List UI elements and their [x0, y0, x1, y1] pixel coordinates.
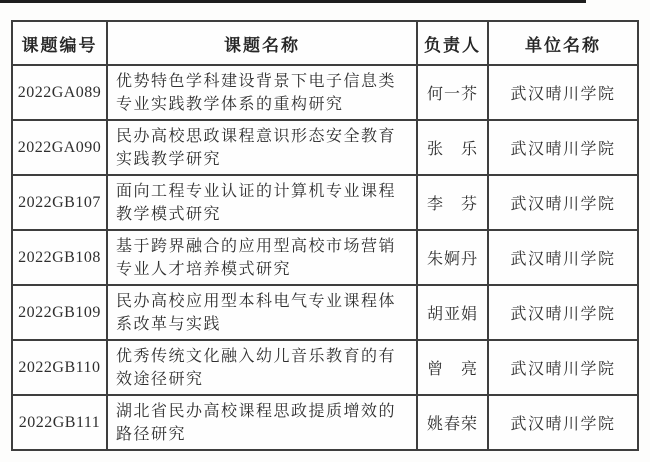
column-header-person: 负责人: [417, 21, 488, 65]
cell-id: 2022GA090: [12, 120, 107, 175]
table-row: 2022GB110优秀传统文化融入幼儿音乐教育的有效途径研究曾 亮武汉晴川学院: [12, 340, 638, 395]
table-row: 2022GA089优势特色学科建设背景下电子信息类专业实践教学体系的重构研究何一…: [12, 65, 638, 120]
cell-id: 2022GB108: [12, 230, 107, 285]
cell-unit: 武汉晴川学院: [488, 285, 638, 340]
cell-person: 朱婀丹: [417, 230, 488, 285]
cell-unit: 武汉晴川学院: [488, 120, 638, 175]
cell-id: 2022GA089: [12, 65, 107, 120]
cell-unit: 武汉晴川学院: [488, 230, 638, 285]
projects-table: 课题编号课题名称负责人单位名称 2022GA089优势特色学科建设背景下电子信息…: [11, 20, 639, 451]
table-header-row: 课题编号课题名称负责人单位名称: [12, 21, 638, 65]
cell-person: 何一芥: [417, 65, 488, 120]
cell-id: 2022GB111: [12, 395, 107, 450]
cell-person: 张 乐: [417, 120, 488, 175]
cell-id: 2022GB107: [12, 175, 107, 230]
table-row: 2022GB108基于跨界融合的应用型高校市场营销专业人才培养模式研究朱婀丹武汉…: [12, 230, 638, 285]
table-row: 2022GB107面向工程专业认证的计算机专业课程教学模式研究李 芬武汉晴川学院: [12, 175, 638, 230]
cell-title: 民办高校应用型本科电气专业课程体系改革与实践: [107, 285, 417, 340]
cell-title: 面向工程专业认证的计算机专业课程教学模式研究: [107, 175, 417, 230]
column-header-unit: 单位名称: [488, 21, 638, 65]
cell-title: 基于跨界融合的应用型高校市场营销专业人才培养模式研究: [107, 230, 417, 285]
cell-title: 优势特色学科建设背景下电子信息类专业实践教学体系的重构研究: [107, 65, 417, 120]
scanned-document-page: 课题编号课题名称负责人单位名称 2022GA089优势特色学科建设背景下电子信息…: [0, 0, 650, 462]
column-header-id: 课题编号: [12, 21, 107, 65]
cell-unit: 武汉晴川学院: [488, 340, 638, 395]
table-body: 2022GA089优势特色学科建设背景下电子信息类专业实践教学体系的重构研究何一…: [12, 65, 638, 450]
cell-person: 姚春荣: [417, 395, 488, 450]
cell-person: 胡亚娟: [417, 285, 488, 340]
cell-unit: 武汉晴川学院: [488, 395, 638, 450]
cell-title: 湖北省民办高校课程思政提质增效的路径研究: [107, 395, 417, 450]
table-row: 2022GB111湖北省民办高校课程思政提质增效的路径研究姚春荣武汉晴川学院: [12, 395, 638, 450]
cell-person: 曾 亮: [417, 340, 488, 395]
scan-edge-artifact: [0, 0, 586, 3]
table-row: 2022GA090民办高校思政课程意识形态安全教育实践教学研究张 乐武汉晴川学院: [12, 120, 638, 175]
table-row: 2022GB109民办高校应用型本科电气专业课程体系改革与实践胡亚娟武汉晴川学院: [12, 285, 638, 340]
cell-unit: 武汉晴川学院: [488, 175, 638, 230]
column-header-title: 课题名称: [107, 21, 417, 65]
cell-unit: 武汉晴川学院: [488, 65, 638, 120]
cell-id: 2022GB109: [12, 285, 107, 340]
table-row-header: 课题编号课题名称负责人单位名称: [12, 21, 638, 65]
cell-title: 民办高校思政课程意识形态安全教育实践教学研究: [107, 120, 417, 175]
cell-id: 2022GB110: [12, 340, 107, 395]
cell-title: 优秀传统文化融入幼儿音乐教育的有效途径研究: [107, 340, 417, 395]
cell-person: 李 芬: [417, 175, 488, 230]
